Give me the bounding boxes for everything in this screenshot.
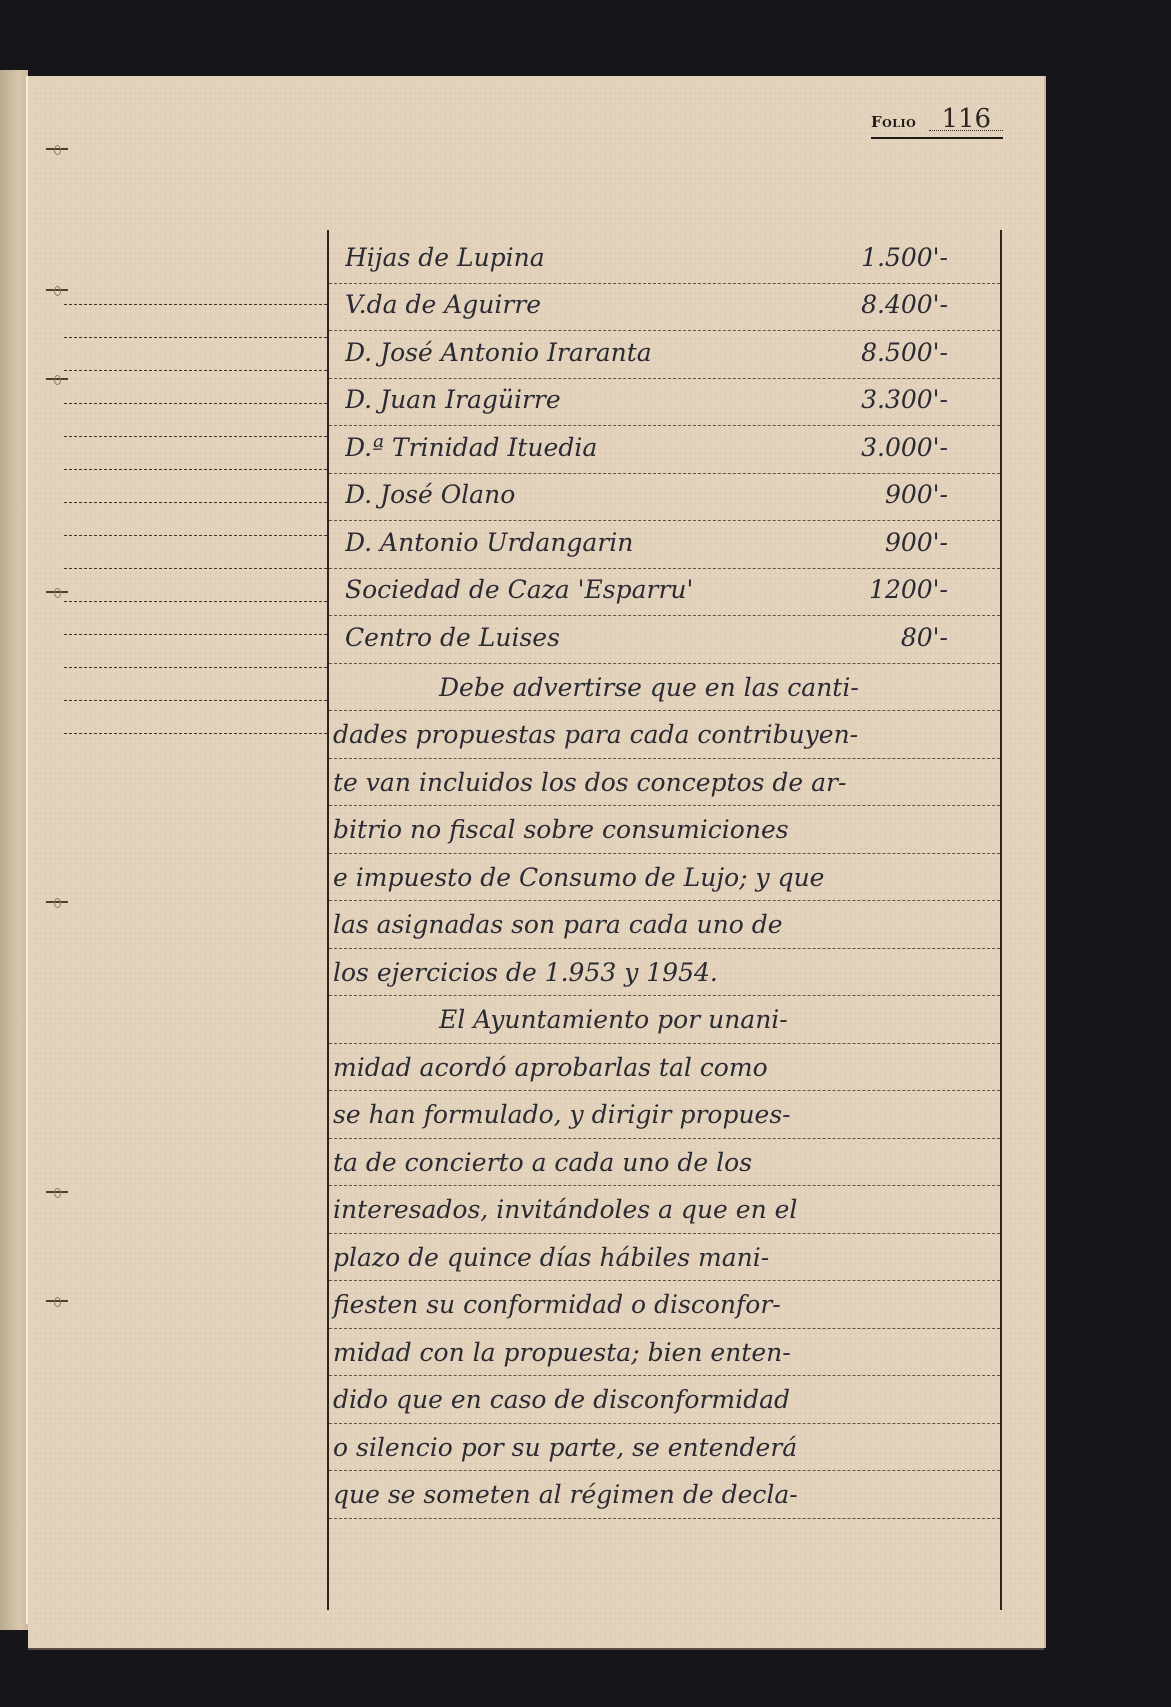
prose-row: e impuesto de Consumo de Lujo; y que <box>329 854 1000 902</box>
prose-line: dades propuestas para cada contribuyen- <box>329 711 1000 758</box>
margin-rule <box>64 635 327 668</box>
prose-row: interesados, invitándoles a que en el <box>329 1186 1000 1234</box>
prose-row: ta de concierto a cada uno de los <box>329 1139 1000 1187</box>
entry-amount: 900'- <box>885 519 948 566</box>
entry-amount: 3.300'- <box>861 376 948 423</box>
entry-name: D. José Olano <box>345 471 515 518</box>
prose-row: o silencio por su parte, se entenderá <box>329 1424 1000 1472</box>
entry-name: D. Juan Iragüirre <box>345 376 561 423</box>
entry-name: Centro de Luises <box>345 614 560 661</box>
writing-column: Hijas de Lupina1.500'-V.da de Aguirre8.4… <box>329 236 1000 1519</box>
prose-line: midad acordó aprobarlas tal como <box>329 1044 1000 1091</box>
contributor-list: Hijas de Lupina1.500'-V.da de Aguirre8.4… <box>329 236 1000 664</box>
entry-name: Hijas de Lupina <box>345 234 545 281</box>
prose-row: te van incluidos los dos conceptos de ar… <box>329 759 1000 807</box>
entry-name: Sociedad de Caza 'Esparru' <box>345 566 693 613</box>
binding-stitch <box>46 1300 68 1302</box>
entry-amount: 80'- <box>901 614 948 661</box>
prose-line: ta de concierto a cada uno de los <box>329 1139 1000 1186</box>
prose-line: midad con la propuesta; bien enten- <box>329 1329 1000 1376</box>
prose-row: plazo de quince días hábiles mani- <box>329 1234 1000 1282</box>
prose-line: te van incluidos los dos conceptos de ar… <box>329 759 1000 806</box>
folio-header: Folio 116 <box>871 108 1003 131</box>
prose-row: midad acordó aprobarlas tal como <box>329 1044 1000 1092</box>
prose-line: El Ayuntamiento por unani- <box>329 996 1000 1043</box>
margin-rule <box>64 701 327 734</box>
entry-row: V.da de Aguirre8.400'- <box>329 284 1000 332</box>
margin-rule <box>64 404 327 437</box>
binding-stitch <box>46 148 68 150</box>
prose-row: bitrio no fiscal sobre consumiciones <box>329 806 1000 854</box>
margin-rule <box>64 272 327 305</box>
entry-row: D. Juan Iragüirre3.300'- <box>329 379 1000 427</box>
entry-amount: 900'- <box>885 471 948 518</box>
prose-line: interesados, invitándoles a que en el <box>329 1186 1000 1233</box>
margin-rule <box>64 668 327 701</box>
prose-line: que se someten al régimen de decla- <box>329 1471 1000 1518</box>
prose-row: fiesten su conformidad o disconfor- <box>329 1281 1000 1329</box>
minutes-paragraph: Debe advertirse que en las canti-dades p… <box>329 664 1000 1519</box>
margin-rule <box>64 470 327 503</box>
prose-row: los ejercicios de 1.953 y 1954. <box>329 949 1000 997</box>
prose-line: se han formulado, y dirigir propues- <box>329 1091 1000 1138</box>
prose-line: e impuesto de Consumo de Lujo; y que <box>329 854 1000 901</box>
page-fold-edge <box>26 76 28 1624</box>
prose-line: fiesten su conformidad o disconfor- <box>329 1281 1000 1328</box>
entry-amount: 1200'- <box>869 566 948 613</box>
entry-row: Hijas de Lupina1.500'- <box>329 236 1000 284</box>
prose-line: las asignadas son para cada uno de <box>329 901 1000 948</box>
entry-row: D. Antonio Urdangarin900'- <box>329 521 1000 569</box>
margin-rule <box>64 437 327 470</box>
margin-rule <box>64 503 327 536</box>
prose-line: plazo de quince días hábiles mani- <box>329 1234 1000 1281</box>
entry-row: Sociedad de Caza 'Esparru'1200'- <box>329 569 1000 617</box>
binding-stitch <box>46 901 68 903</box>
margin-rule <box>64 536 327 569</box>
entry-name: D. José Antonio Iraranta <box>345 329 652 376</box>
entry-row: D.ª Trinidad Ituedia3.000'- <box>329 426 1000 474</box>
prose-row: dades propuestas para cada contribuyen- <box>329 711 1000 759</box>
margin-rule <box>64 338 327 371</box>
prose-line: dido que en caso de disconformidad <box>329 1376 1000 1423</box>
margin-rule <box>64 602 327 635</box>
prose-row: las asignadas son para cada uno de <box>329 901 1000 949</box>
prose-row: que se someten al régimen de decla- <box>329 1471 1000 1519</box>
folio-label: Folio <box>871 113 916 131</box>
prose-row: se han formulado, y dirigir propues- <box>329 1091 1000 1139</box>
column-frame-right <box>1000 230 1002 1610</box>
entry-amount: 3.000'- <box>861 424 948 471</box>
margin-rule <box>64 569 327 602</box>
margin-ruled-lines <box>64 272 327 734</box>
entry-row: D. José Olano900'- <box>329 474 1000 522</box>
margin-rule <box>64 305 327 338</box>
folio-number: 116 <box>929 108 1003 131</box>
prose-line: los ejercicios de 1.953 y 1954. <box>329 949 1000 996</box>
entry-name: D. Antonio Urdangarin <box>345 519 633 566</box>
prose-line: o silencio por su parte, se entenderá <box>329 1424 1000 1471</box>
folio-underline <box>871 137 1003 139</box>
prose-row: Debe advertirse que en las canti- <box>329 664 1000 712</box>
book-spine <box>0 70 28 1630</box>
prose-line: Debe advertirse que en las canti- <box>329 664 1000 711</box>
entry-amount: 8.500'- <box>861 329 948 376</box>
margin-rule <box>64 371 327 404</box>
entry-row: Centro de Luises80'- <box>329 616 1000 664</box>
entry-amount: 8.400'- <box>861 281 948 328</box>
binding-stitch <box>46 1191 68 1193</box>
entry-row: D. José Antonio Iraranta8.500'- <box>329 331 1000 379</box>
prose-line: bitrio no fiscal sobre consumiciones <box>329 806 1000 853</box>
prose-row: midad con la propuesta; bien enten- <box>329 1329 1000 1377</box>
entry-name: V.da de Aguirre <box>345 281 541 328</box>
prose-row: El Ayuntamiento por unani- <box>329 996 1000 1044</box>
prose-row: dido que en caso de disconformidad <box>329 1376 1000 1424</box>
entry-name: D.ª Trinidad Ituedia <box>345 424 597 471</box>
entry-amount: 1.500'- <box>861 234 948 281</box>
